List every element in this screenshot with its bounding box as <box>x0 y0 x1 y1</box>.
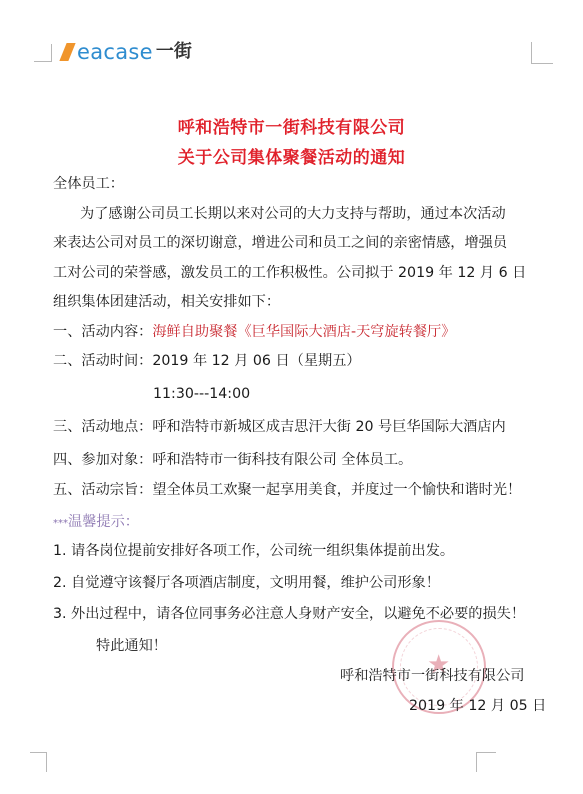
item-activity-time-range: 11:30---14:00 <box>153 384 250 404</box>
page-corner-mark-top-left <box>34 44 52 62</box>
company-logo: eacase 一街 <box>60 40 192 64</box>
item-value: 2019 年 12 月 06 日（星期五） <box>152 353 360 369</box>
tips-heading: ***温馨提示： <box>53 512 139 534</box>
tip-2: 2. 自觉遵守该餐厅各项酒店制度，文明用餐，维护公司形象！ <box>53 573 440 593</box>
logo-text: eacase <box>77 40 153 64</box>
page-corner-mark-bottom-right <box>476 752 496 772</box>
item-value: 呼和浩特市新城区成吉思汗大街 20 号巨华国际大酒店内 <box>152 419 505 435</box>
tip-3: 3. 外出过程中，请各位同事务必注意人身财产安全，以避免不必要的损失！ <box>53 604 525 624</box>
item-participants: 四、参加对象：呼和浩特市一街科技有限公司 全体员工。 <box>53 450 412 470</box>
logo-chinese-text: 一街 <box>156 40 192 64</box>
item-label: 三、活动地点： <box>53 419 152 435</box>
item-purpose: 五、活动宗旨：望全体员工欢聚一起享用美食，并度过一个愉快和谐时光！ <box>53 480 521 500</box>
item-value: 望全体员工欢聚一起享用美食，并度过一个愉快和谐时光！ <box>152 482 521 498</box>
signature-date: 2019 年 12 月 05 日 <box>409 696 546 716</box>
body-line-3: 工对公司的荣誉感，激发员工的工作积极性。公司拟于 2019 年 12 月 6 日 <box>53 263 526 283</box>
item-label: 一、活动内容： <box>53 324 152 340</box>
tips-heading-text: 温馨提示： <box>68 514 139 530</box>
document-title-subject: 关于公司集体聚餐活动的通知 <box>0 143 583 168</box>
item-activity-content: 一、活动内容：海鲜自助聚餐《巨华国际大酒店-天穹旋转餐厅》 <box>53 322 455 342</box>
body-line-1: 为了感谢公司员工长期以来对公司的大力支持与帮助，通过本次活动 <box>80 204 506 224</box>
salutation: 全体员工： <box>53 174 124 194</box>
closing-text: 特此通知！ <box>96 636 167 656</box>
item-label: 四、参加对象： <box>53 452 152 468</box>
document-title-company: 呼和浩特市一街科技有限公司 <box>0 113 583 138</box>
item-activity-location: 三、活动地点：呼和浩特市新城区成吉思汗大街 20 号巨华国际大酒店内 <box>53 417 506 437</box>
item-value-highlight: 海鲜自助聚餐《巨华国际大酒店-天穹旋转餐厅》 <box>152 324 455 340</box>
item-label: 五、活动宗旨： <box>53 482 152 498</box>
page-corner-mark-bottom-left <box>30 752 47 772</box>
body-line-4: 组织集体团建活动，相关安排如下： <box>53 292 280 312</box>
document-page: eacase 一街 呼和浩特市一街科技有限公司 关于公司集体聚餐活动的通知 全体… <box>0 0 583 794</box>
body-line-2: 来表达公司对员工的深切谢意，增进公司和员工之间的亲密情感，增强员 <box>53 233 507 253</box>
item-activity-time: 二、活动时间：2019 年 12 月 06 日（星期五） <box>53 351 361 371</box>
page-corner-mark-top-right <box>531 42 553 64</box>
logo-slash-icon <box>59 43 75 61</box>
tip-1: 1. 请各岗位提前安排好各项工作，公司统一组织集体提前出发。 <box>53 541 454 561</box>
item-value: 呼和浩特市一街科技有限公司 全体员工。 <box>152 452 412 468</box>
item-label: 二、活动时间： <box>53 353 152 369</box>
tips-stars: *** <box>53 518 68 529</box>
signature-company: 呼和浩特市一街科技有限公司 <box>340 666 524 686</box>
